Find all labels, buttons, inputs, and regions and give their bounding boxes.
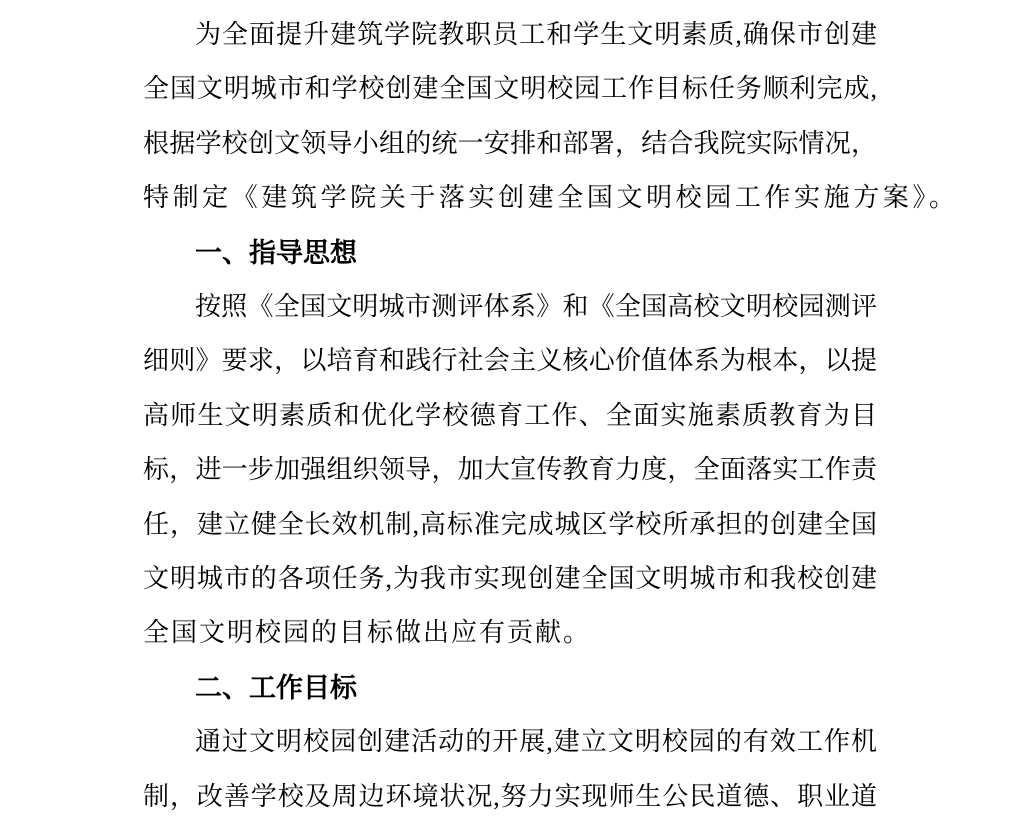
document-line: 全国文明校园的目标做出应有贡献。 — [143, 606, 877, 660]
document-line: 任，建立健全长效机制,高标准完成城区学校所承担的创建全国 — [143, 498, 877, 552]
document-page: 为全面提升建筑学院教职员工和学生文明素质,确保市创建 全国文明城市和学校创建全国… — [0, 0, 1015, 821]
document-line: 标，进一步加强组织领导，加大宣传教育力度，全面落实工作责 — [143, 443, 877, 497]
section-heading-2: 二、工作目标 — [143, 661, 877, 715]
document-line: 细则》要求，以培育和践行社会主义核心价值体系为根本，以提 — [143, 334, 877, 388]
document-line: 制，改善学校及周边环境状况,努力实现师生公民道德、职业道 — [143, 770, 877, 821]
document-line: 特制定《建筑学院关于落实创建全国文明校园工作实施方案》。 — [143, 171, 955, 225]
document-line: 通过文明校园创建活动的开展,建立文明校园的有效工作机 — [143, 715, 877, 769]
document-line: 为全面提升建筑学院教职员工和学生文明素质,确保市创建 — [143, 8, 877, 62]
section-heading-1: 一、指导思想 — [143, 226, 877, 280]
document-line: 根据学校创文领导小组的统一安排和部署，结合我院实际情况， — [143, 117, 877, 171]
document-text-column: 为全面提升建筑学院教职员工和学生文明素质,确保市创建 全国文明城市和学校创建全国… — [143, 8, 877, 821]
document-line: 全国文明城市和学校创建全国文明校园工作目标任务顺利完成, — [143, 62, 877, 116]
document-line: 文明城市的各项任务,为我市实现创建全国文明城市和我校创建 — [143, 552, 877, 606]
document-line: 按照《全国文明城市测评体系》和《全国高校文明校园测评 — [143, 280, 877, 334]
document-line: 高师生文明素质和优化学校德育工作、全面实施素质教育为目 — [143, 389, 877, 443]
